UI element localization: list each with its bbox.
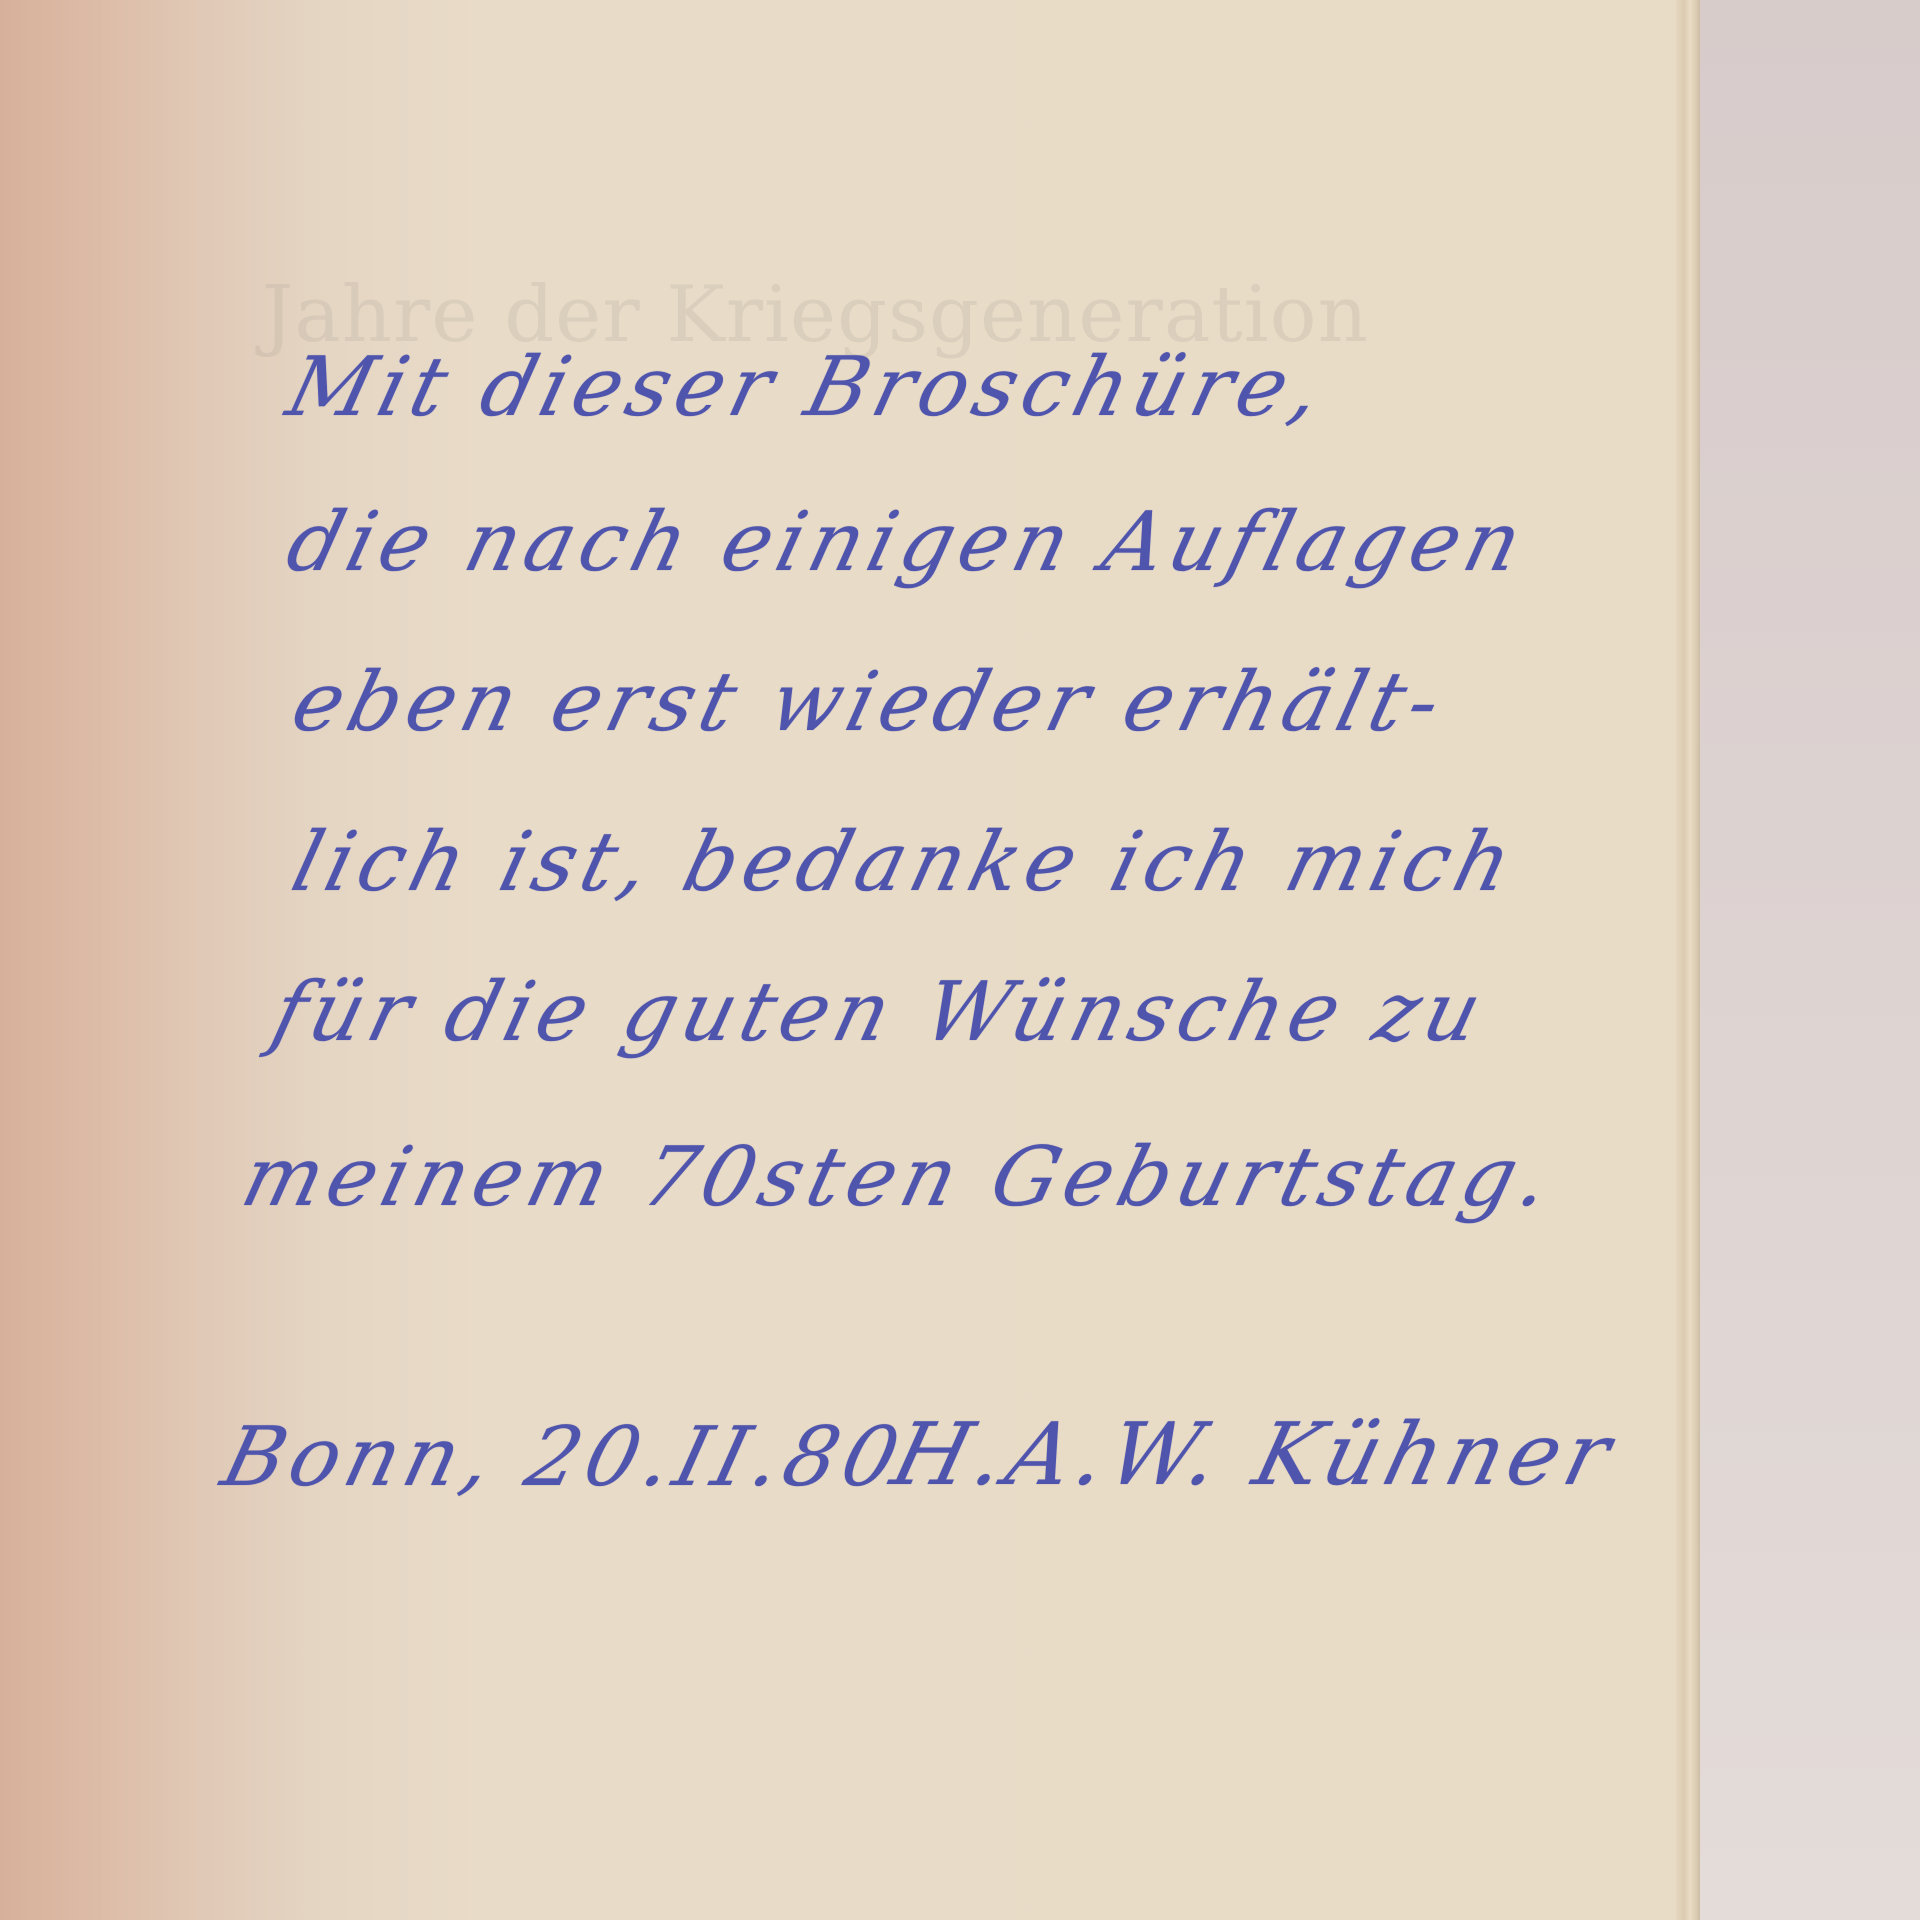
inscription-line-3: eben erst wieder erhält- (283, 655, 1455, 750)
page-block-edge (1676, 0, 1700, 1920)
place-and-date: Bonn, 20.II.80 (213, 1410, 914, 1505)
inscription-line-2: die nach einigen Auflagen (278, 495, 1537, 590)
inscription-line-5: für die guten Wünsche zu (263, 965, 1496, 1060)
inscription-line-6: meinem 70sten Geburtstag. (233, 1130, 1565, 1225)
inscription-line-4: lich ist, bedanke ich mich (283, 815, 1527, 910)
inscription-line-1: Mit dieser Broschüre, (278, 340, 1336, 435)
book-page: Jahre der Kriegsgeneration Mit dieser Br… (0, 0, 1676, 1920)
background-surface (1700, 0, 1920, 1920)
signature: H.A.W. Kühner (883, 1405, 1626, 1505)
